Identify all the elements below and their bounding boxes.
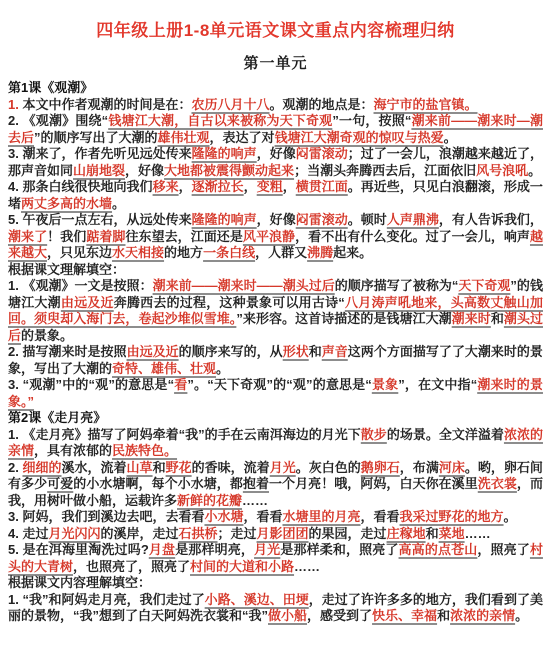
text-run: …… <box>242 493 268 508</box>
highlight-run: 大地都被震得颤动起来 <box>164 163 294 178</box>
highlight-run: 可爱 <box>47 476 73 491</box>
highlight-run: 奇特、雄伟、壮观 <box>112 361 216 376</box>
document-page: 四年级上册1-8单元语文课文重点内容梳理归纳 第一单元 第1课《观潮》1. 本文… <box>0 16 551 625</box>
text-run: ，也照亮了，照亮了 <box>73 559 190 574</box>
text-run: ，有人告诉我们， <box>439 212 543 227</box>
text-run: ，布满 <box>400 460 439 475</box>
highlight-run: 月光 <box>254 542 280 557</box>
highlight-run: 潮来前——潮来时——潮头过后 <box>153 278 335 293</box>
lesson-heading: 第2课《走月亮》 <box>8 410 543 427</box>
text-run: 4. 走过 <box>8 526 48 541</box>
text-run: ，表达了对 <box>210 130 275 145</box>
text-run: ，感受到了 <box>307 608 372 623</box>
lesson-heading: 第1课《观潮》 <box>8 80 543 97</box>
highlight-run: 鹅卵石 <box>361 460 400 475</box>
paragraph: 3. 阿妈，我们到溪边去吧，去看看小水塘，看看水塘里的月亮，看看我采过野花的地方… <box>8 509 543 526</box>
paragraph: 1. 本文中作者观潮的时间是在：农历八月十八。观潮的地点是：海宁市的盐官镇。 <box>8 97 543 114</box>
highlight-run: 景象 <box>372 377 398 392</box>
text-run: 和 <box>309 344 322 359</box>
highlight-run: 河床 <box>439 460 465 475</box>
text-run: ，人群又 <box>255 245 307 260</box>
text-run: 第2课《走月亮》 <box>8 410 106 425</box>
highlight-run: 形状 <box>283 344 309 359</box>
highlight-run: 高高的点苍山 <box>399 542 478 557</box>
highlight-run: 踮着脚 <box>86 229 125 244</box>
text-run: 。顿时 <box>348 212 387 227</box>
highlight-run: 石拱桥 <box>179 526 218 541</box>
text-run: ；走过 <box>218 526 257 541</box>
highlight-run: 野花 <box>166 460 192 475</box>
text-run: 的香味，流着 <box>192 460 270 475</box>
highlight-run: 钱塘江大潮，自古以来被称为天下奇观 <box>108 113 332 128</box>
text-run: ”一句，按照“ <box>332 113 411 128</box>
highlight-run: 钱塘江大潮奇观的惊叹与热爱 <box>275 130 444 145</box>
text-run: 的顺序来写的，从 <box>179 344 283 359</box>
highlight-run: 看 <box>174 377 187 392</box>
text-run: ”的顺序写出了大潮的 <box>34 130 158 145</box>
text-run: 。 <box>515 608 528 623</box>
text-run: ”，在文中指“ <box>398 377 477 392</box>
highlight-run: 庄稼地 <box>387 526 426 541</box>
text-run: ， <box>244 179 257 194</box>
text-run: 。 <box>528 163 541 178</box>
highlight-run: 散步 <box>361 427 387 442</box>
paragraph: 2. 细细的溪水，流着山草和野花的香味，流着月光。灰白色的鹅卵石，布满河床。哟，… <box>8 460 543 510</box>
paragraph: 3. 潮来了，作者先听见远处传来隆隆的响声，好像闷雷滚动；过了一会儿，浪潮越来越… <box>8 146 543 179</box>
text-run: 1. 《走月亮》描写了阿妈牵着“我”的手在云南洱海边的月光下 <box>8 427 361 442</box>
text-run: ，照亮了 <box>477 542 530 557</box>
text-run: ”。“天下奇观”的“观”的意思是“ <box>187 377 371 392</box>
text-run: 一个月亮！哦，阿妈，白天你在溪里 <box>269 476 478 491</box>
highlight-run: 抱着 <box>243 476 269 491</box>
text-run: 。 <box>112 196 125 211</box>
text-run: 往东望去，江面还是 <box>125 229 242 244</box>
paragraph: 根据课文理解填空： <box>8 262 543 279</box>
text-run: 。 <box>444 130 457 145</box>
highlight-run: 由远及近 <box>61 295 114 310</box>
text-run: 根据课文内容理解填空： <box>8 575 151 590</box>
highlight-run: 山草 <box>127 460 153 475</box>
highlight-run: 月盘 <box>149 542 175 557</box>
text-run: 。灰白色的 <box>296 460 361 475</box>
highlight-run: 水天相接 <box>112 245 164 260</box>
text-run: 和 <box>153 460 166 475</box>
text-run: ；当潮头奔腾西去后，江面依旧 <box>294 163 476 178</box>
text-run: 起来。 <box>333 245 372 260</box>
highlight-run: 闷雷滚动 <box>296 146 348 161</box>
paragraph: 4. 那条白线很快地向我们移来，逐渐拉长，变粗，横贯江面。再近些，只见白浪翻滚，… <box>8 179 543 212</box>
text-run: 本文中作者观潮的时间是在： <box>22 97 191 112</box>
text-run: ，好像 <box>125 163 164 178</box>
highlight-run: 洗衣裳 <box>478 476 517 491</box>
highlight-run: 沸腾 <box>307 245 333 260</box>
text-run: 。 <box>504 509 517 524</box>
paragraph: 2. 描写潮来时是按照由远及近的顺序来写的，从形状和声音这两个方面描写了了大潮来… <box>8 344 543 377</box>
text-run: 2. <box>8 460 22 475</box>
highlight-run: 菜地 <box>439 526 465 541</box>
text-run: ，看不出有什么变化。过了一会儿，响声 <box>295 229 530 244</box>
text-run: 和 <box>426 526 439 541</box>
text-run: 的小水塘啊，每个小水塘，都 <box>73 476 243 491</box>
highlight-run: 潮来了 <box>8 229 47 244</box>
highlight-run: 小水塘 <box>204 509 243 524</box>
paragraph: 1. 《走月亮》描写了阿妈牵着“我”的手在云南洱海边的月光下散步的场景。全文洋溢… <box>8 427 543 460</box>
text-run: 的场景。全文洋溢着 <box>387 427 504 442</box>
highlight-run: 闷雷滚动 <box>296 212 348 227</box>
highlight-run: 民族特色。 <box>112 443 177 458</box>
text-run: ”来形容。这首诗描述的是钱塘江大潮 <box>236 311 451 326</box>
text-run: ， <box>283 179 296 194</box>
text-run: 3. “观潮”中的“观”的意思是“ <box>8 377 174 392</box>
highlight-run: 细细的 <box>22 460 61 475</box>
paragraph: 1. “我”和阿妈走月亮，我们走过了小路、溪边、田埂，走过了许许多多的地方，我们… <box>8 592 543 625</box>
text-run: 3. 潮来了，作者先听见远处传来 <box>8 146 192 161</box>
paragraph: 4. 走过月光闪闪的溪岸，走过石拱桥；走过月影团团的果园，走过庄稼地和菜地…… <box>8 526 543 543</box>
text-run: …… <box>465 526 491 541</box>
text-run: 根据课文理解填空： <box>8 262 125 277</box>
highlight-run: 水塘里的月亮 <box>283 509 361 524</box>
document-body: 第1课《观潮》1. 本文中作者观潮的时间是在：农历八月十八。观潮的地点是：海宁市… <box>8 80 543 625</box>
text-run: 溪水，流着 <box>62 460 127 475</box>
text-run: ，具有浓郁的 <box>34 443 112 458</box>
paragraph: 5. 是在洱海里淘洗过吗?月盘是那样明亮，月光是那样柔和，照亮了高高的点苍山，照… <box>8 542 543 575</box>
highlight-run: 月影团团 <box>257 526 309 541</box>
text-run: 5. 是在洱海里淘洗过吗? <box>8 542 149 557</box>
highlight-run: 新鲜的花瓣 <box>177 493 242 508</box>
highlight-run: 做小船 <box>268 608 307 623</box>
text-run: 。观潮的地点是： <box>270 97 374 112</box>
highlight-run: 我采过野花的地方 <box>400 509 504 524</box>
text-run: 和 <box>491 311 504 326</box>
highlight-run: 快乐、幸福 <box>372 608 437 623</box>
text-run: …… <box>294 559 320 574</box>
text-run: 的景象。 <box>21 328 73 343</box>
highlight-run: 浓浓的亲情 <box>450 608 515 623</box>
highlight-run: 小路、溪边、田埂 <box>205 592 309 607</box>
highlight-run: 月光闪闪 <box>48 526 100 541</box>
highlight-run: 1. <box>8 97 22 112</box>
highlight-run: 移来 <box>153 179 179 194</box>
text-run: 1. 《观潮》一文是按照： <box>8 278 153 293</box>
text-run: 是那样明亮， <box>175 542 254 557</box>
highlight-run: 人声鼎沸 <box>387 212 439 227</box>
text-run: 的果园，走过 <box>309 526 387 541</box>
highlight-run: 月光 <box>270 460 296 475</box>
paragraph: 1. 《观潮》一文是按照：潮来前——潮来时——潮头过后的顺序描写了被称为“天下奇… <box>8 278 543 344</box>
text-run: ， <box>179 179 192 194</box>
text-run: ，好像 <box>257 212 296 227</box>
text-run: 2. 描写潮来时是按照 <box>8 344 127 359</box>
highlight-run: 风号浪吼 <box>476 163 528 178</box>
highlight-run: 一条白线 <box>203 245 255 260</box>
highlight-run: 雄伟壮观 <box>158 130 210 145</box>
text-run: ，看看 <box>361 509 400 524</box>
highlight-run: 天下奇观 <box>458 278 510 293</box>
text-run: 的地方 <box>164 245 203 260</box>
highlight-run: 海宁市的盐官镇。 <box>374 97 478 112</box>
paragraph: 2. 《观潮》围绕“钱塘江大潮，自古以来被称为天下奇观”一句，按照“潮来前——潮… <box>8 113 543 146</box>
text-run: 4. 那条白线很快地向我们 <box>8 179 153 194</box>
highlight-run: 隆隆的响声 <box>192 212 257 227</box>
paragraph: 根据课文内容理解填空： <box>8 575 543 592</box>
text-run: 和 <box>437 608 450 623</box>
text-run: ，看看 <box>243 509 282 524</box>
paragraph: 3. “观潮”中的“观”的意思是“看”。“天下奇观”的“观”的意思是“景象”，在… <box>8 377 543 410</box>
text-run: 奔腾西去的过程，这种景象可以用古诗“ <box>114 295 345 310</box>
text-run: 1. “我”和阿妈走月亮，我们走过了 <box>8 592 205 607</box>
highlight-run: 声音 <box>322 344 348 359</box>
text-run: 是那样柔和，照亮了 <box>280 542 398 557</box>
text-run: 的顺序描写了被称为“ <box>335 278 459 293</box>
highlight-run: 风平浪静 <box>243 229 295 244</box>
unit-heading: 第一单元 <box>8 52 543 73</box>
text-run: 第1课《观潮》 <box>8 80 93 95</box>
text-run: 的溪岸，走过 <box>100 526 178 541</box>
text-run: ，只见东边 <box>47 245 112 260</box>
highlight-run: 村间的大道和小路 <box>190 559 294 574</box>
highlight-run: 隆隆的响声 <box>192 146 257 161</box>
text-run: 2. 《观潮》围绕“ <box>8 113 108 128</box>
highlight-run: 潮来时 <box>452 311 491 326</box>
highlight-run: 由远及近 <box>127 344 179 359</box>
text-run: 3. 阿妈，我们到溪边去吧，去看看 <box>8 509 204 524</box>
highlight-run: 横贯江面 <box>296 179 348 194</box>
highlight-run: 农历八月十八 <box>191 97 269 112</box>
page-title: 四年级上册1-8单元语文课文重点内容梳理归纳 <box>8 16 543 41</box>
text-run: 5. 午夜后一点左右，从远处传来 <box>8 212 192 227</box>
highlight-run: 山崩地裂 <box>73 163 125 178</box>
highlight-run: 逐渐拉长 <box>192 179 244 194</box>
text-run: ！我们 <box>47 229 86 244</box>
text-run: ，好像 <box>257 146 296 161</box>
text-run: 。 <box>216 361 229 376</box>
highlight-run: 变粗 <box>257 179 283 194</box>
highlight-run: 两丈多高的水墙 <box>21 196 112 211</box>
paragraph: 5. 午夜后一点左右，从远处传来隆隆的响声，好像闷雷滚动。顿时人声鼎沸，有人告诉… <box>8 212 543 262</box>
